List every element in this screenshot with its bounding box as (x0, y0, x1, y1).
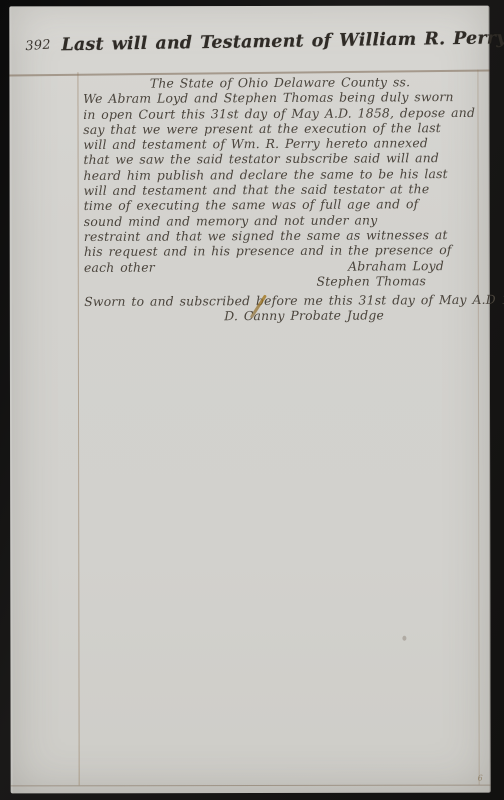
closing-line: each other (84, 259, 155, 275)
page-mark: 6 (478, 774, 483, 783)
witness-signature: Stephen Thomas (84, 273, 478, 290)
witness-signature: Abraham Loyd (348, 257, 478, 273)
body-line: that we saw the said testator subscribe … (83, 150, 477, 167)
judge-signature: D. Canny Probate Judge (224, 307, 478, 324)
page-title: Last will and Testament of William R. Pe… (61, 29, 481, 56)
body-line: time of executing the same was of full a… (84, 196, 478, 213)
paper-speck (402, 636, 406, 641)
affidavit-text: The State of Ohio Delaware County ss. We… (83, 74, 478, 325)
right-margin-rule (477, 70, 479, 785)
ledger-page: 392 Last will and Testament of William R… (9, 6, 490, 794)
entry-number: 392 (25, 37, 51, 54)
left-margin-rule (77, 72, 79, 785)
bottom-rule (11, 785, 491, 787)
body-line: We Abram Loyd and Stephen Thomas being d… (83, 89, 477, 106)
jurat-line: Sworn to and subscribed before me this 3… (84, 292, 478, 309)
